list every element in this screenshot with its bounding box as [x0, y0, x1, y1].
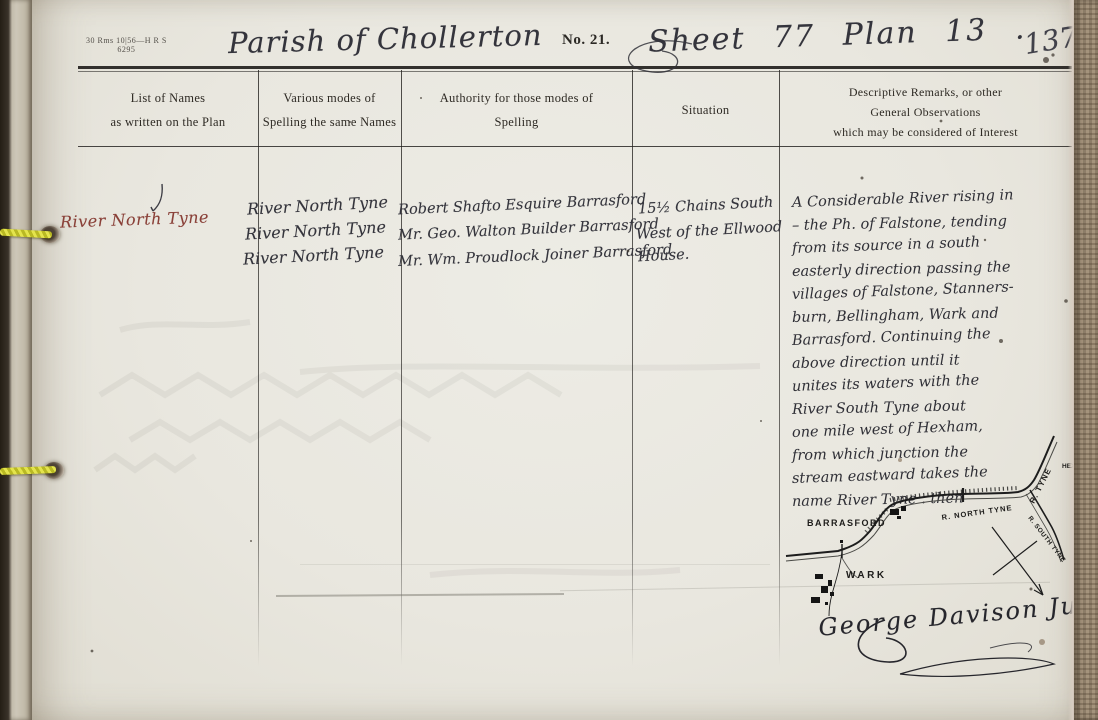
gutter-shadow [0, 0, 12, 720]
book-binding-edge [1074, 0, 1098, 720]
scanned-name-book-page: 30 Rms 10|56—H R S 6295 Parish of Cholle… [0, 0, 1098, 720]
paper-specks [0, 0, 1098, 720]
